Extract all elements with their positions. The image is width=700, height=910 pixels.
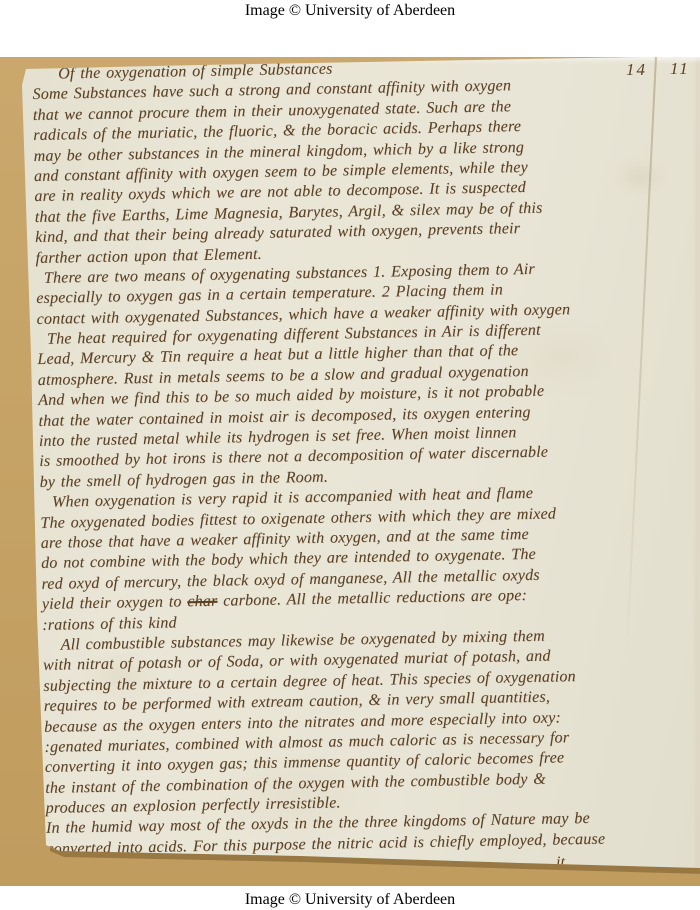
copyright-text-top: Image © University of Aberdeen [245, 2, 455, 19]
manuscript-paper: 14 11 Of the oxygenation of simple Subst… [0, 57, 700, 886]
copyright-banner-top: Image © University of Aberdeen [0, 0, 700, 57]
copyright-banner-bottom: Image © University of Aberdeen [0, 886, 700, 910]
manuscript-line-text: farther action upon that Element. [35, 245, 262, 266]
manuscript-line-text: carbone. All the metallic reductions are… [217, 587, 527, 610]
manuscript-line-text: produces an explosion perfectly irresist… [45, 795, 340, 817]
manuscript-line-text: :rations of this kind [42, 614, 177, 633]
manuscript-line-text: yield their oxygen to [42, 593, 188, 613]
manuscript-line-text: Of the oxygenation of simple Substances [58, 60, 333, 82]
screenshot-root: Image © University of Aberdeen 14 11 Of … [0, 0, 700, 910]
manuscript-scan: 14 11 Of the oxygenation of simple Subst… [0, 57, 700, 886]
manuscript-text: Of the oxygenation of simple SubstancesS… [32, 57, 700, 860]
copyright-text-bottom: Image © University of Aberdeen [245, 891, 455, 908]
struck-word: char [187, 593, 217, 611]
manuscript-line-text: by the smell of hydrogen gas in the Room… [39, 468, 328, 490]
